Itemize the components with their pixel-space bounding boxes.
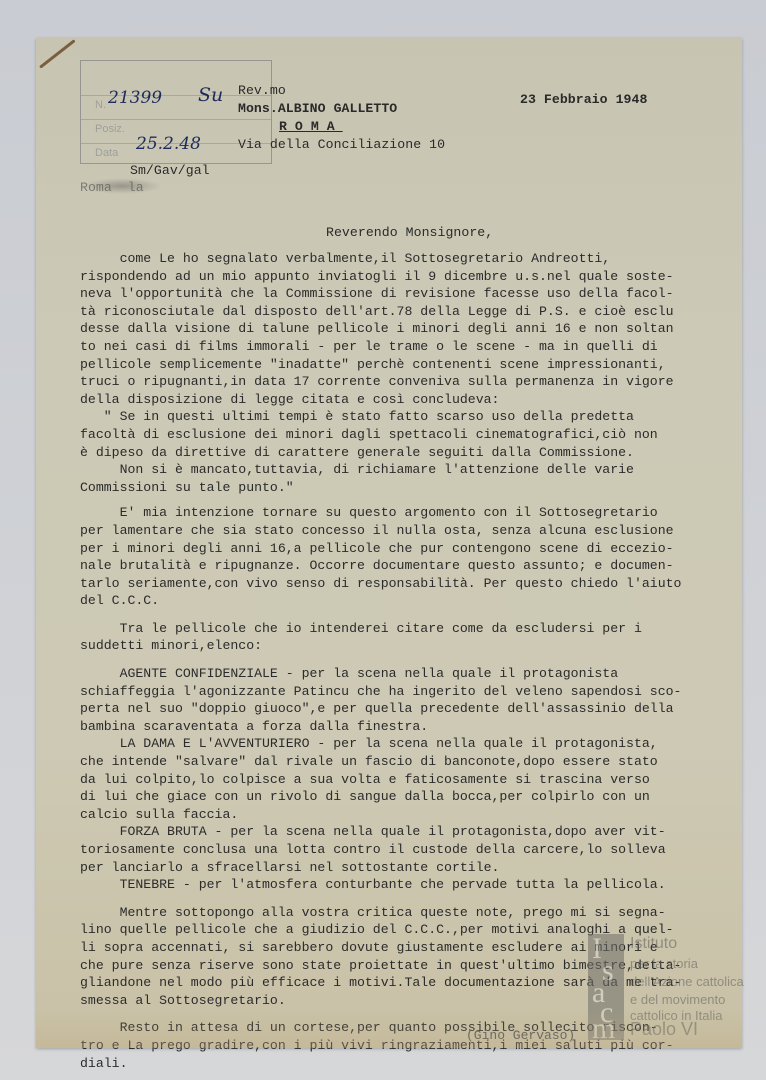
- protocol-number: 21399: [108, 88, 162, 108]
- body-line: Resto in attesa di un cortese,per quanto…: [80, 1019, 740, 1037]
- body-line: suddetti minori,elenco:: [80, 637, 740, 655]
- body-line: Tra le pellicole che io intenderei citar…: [80, 620, 740, 638]
- body-line: E' mia intenzione tornare su questo argo…: [80, 504, 740, 522]
- pin-mark: [39, 39, 76, 68]
- watermark-line: cattolico in Italia: [630, 1008, 723, 1023]
- body-line: per lamentare che sia stato concesso il …: [80, 522, 740, 540]
- body-line: tarlo seriamente,con vivo senso di respo…: [80, 575, 740, 593]
- film-entry-line: AGENTE CONFIDENZIALE - per la scena nell…: [80, 665, 740, 683]
- body-line: nale brutalità e ripugnanze. Occorre doc…: [80, 557, 740, 575]
- handwritten-initials: Su: [198, 84, 223, 106]
- film-entry-line: FORZA BRUTA - per la scena nella quale i…: [80, 823, 740, 841]
- film-entry-line: calcio sulla faccia.: [80, 806, 740, 824]
- body-line: per i minori degli anni 16,a pellicole c…: [80, 540, 740, 558]
- reference-code: Sm/Gav/gal: [130, 162, 210, 180]
- recipient-city: ROMA: [279, 118, 343, 136]
- letter-page: N. Posiz. Data 21399 Su 25.2.48 Rev.mo M…: [36, 38, 742, 1048]
- recipient-title: Rev.mo: [238, 82, 286, 100]
- stamp-label-date: Data: [95, 147, 118, 159]
- letter-date: 23 Febbraio 1948: [520, 91, 647, 109]
- body-line: come Le ho segnalato verbalmente,il Sott…: [80, 250, 740, 268]
- body-line: desse dalla visione di talune pellicole …: [80, 320, 740, 338]
- body-line: Mentre sottopongo alla vostra critica qu…: [80, 904, 740, 922]
- film-entry-line: toriosamente conclusa una lotta contro i…: [80, 841, 740, 859]
- isacem-logo-mark: I s a c m: [588, 934, 624, 1040]
- body-line: del C.C.C.: [80, 592, 740, 610]
- recipient-name: Mons.ALBINO GALLETTO: [238, 100, 397, 118]
- quote-line: è dipeso da direttive di carattere gener…: [80, 444, 740, 462]
- quote-line: Commissioni su tale punto.": [80, 479, 740, 497]
- blank-line: [80, 894, 740, 904]
- received-date: 25.2.48: [136, 134, 201, 154]
- body-line: diali.: [80, 1055, 740, 1073]
- smudged-place: Roma la: [80, 179, 144, 197]
- quote-line: " Se in questi ultimi tempi è stato fatt…: [80, 408, 740, 426]
- salutation: Reverendo Monsignore,: [326, 224, 493, 242]
- body-line: truci o ripugnanti,in data 17 corrente c…: [80, 373, 740, 391]
- film-entry-line: per lanciarlo a sfracellarsi nel sottost…: [80, 859, 740, 877]
- film-entry-line: TENEBRE - per l'atmosfera conturbante ch…: [80, 876, 740, 894]
- film-entry-line: di lui che giace con un rivolo di sangue…: [80, 788, 740, 806]
- stamp-rule: [81, 119, 271, 120]
- body-line: tà riconosciutale dal disposto dell'art.…: [80, 303, 740, 321]
- film-entry-line: perta nel suo "doppio giuoco",e per quel…: [80, 700, 740, 718]
- blank-line: [80, 1009, 740, 1019]
- logo-letter: c: [600, 998, 613, 1028]
- watermark-line: Istituto: [630, 936, 677, 951]
- film-entry-line: bambina scaraventata a forza dalla fines…: [80, 718, 740, 736]
- watermark-line: per la storia: [630, 956, 698, 971]
- stamp-label-position: Posiz.: [95, 123, 125, 135]
- film-entry-line: schiaffeggia l'agonizzante Patincu che h…: [80, 683, 740, 701]
- blank-line: [80, 496, 740, 504]
- body-line: tro e La prego gradire,con i più vivi ri…: [80, 1037, 740, 1055]
- film-entry-line: da lui colpito,lo colpisce a sua volta e…: [80, 771, 740, 789]
- archive-watermark-logo: I s a c m Istituto per la storia dell'Az…: [588, 934, 738, 1044]
- logo-letter: m: [592, 1014, 615, 1044]
- recipient-address: Via della Conciliazione 10: [238, 136, 445, 154]
- quote-line: facoltà di esclusione dei minori dagli s…: [80, 426, 740, 444]
- stamp-label-number: N.: [95, 99, 106, 111]
- quote-line: Non si è mancato,tuttavia, di richiamare…: [80, 461, 740, 479]
- watermark-line: dell'Azione cattolica: [630, 974, 744, 989]
- signature: (Gino Gervaso): [466, 1028, 575, 1043]
- body-line: rispondendo ad un mio appunto inviatogli…: [80, 268, 740, 286]
- watermark-line: e del movimento: [630, 992, 725, 1007]
- film-entry-line: LA DAMA E L'AVVENTURIERO - per la scena …: [80, 735, 740, 753]
- film-entry-line: che intende "salvare" dal rivale un fasc…: [80, 753, 740, 771]
- blank-line: [80, 655, 740, 665]
- body-line: neva l'opportunità che la Commissione di…: [80, 285, 740, 303]
- body-line: della disposizione di legge citata e cos…: [80, 391, 740, 409]
- body-line: pellicole semplicemente "inadatte" perch…: [80, 356, 740, 374]
- body-line: to nei casi di films immorali - per le t…: [80, 338, 740, 356]
- blank-line: [80, 610, 740, 620]
- logo-letter: I: [592, 934, 602, 964]
- watermark-line: Paolo VI: [630, 1022, 698, 1037]
